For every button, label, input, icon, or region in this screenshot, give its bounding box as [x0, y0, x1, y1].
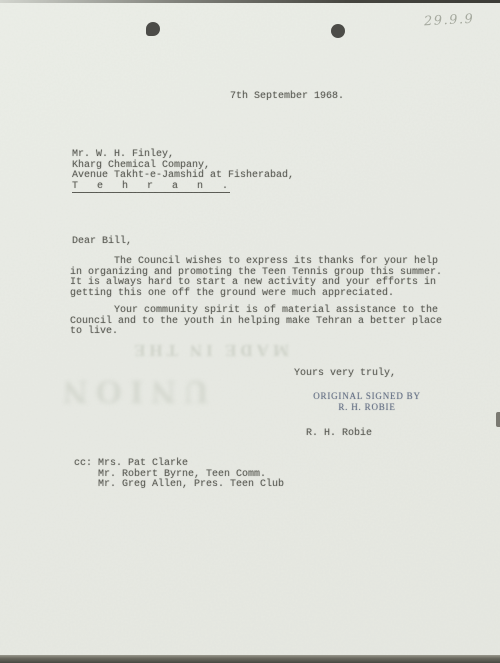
body-line: getting this one off the ground were muc… [70, 289, 442, 300]
scan-edge-bottom [0, 655, 500, 663]
handwritten-filing-note: 29.9.9 [423, 12, 474, 30]
cc-entry: Mr. Greg Allen, Pres. Teen Club [74, 480, 284, 491]
body-line: The Council wishes to express its thanks… [70, 257, 442, 268]
stamp-line-2: R. H. ROBIE [300, 402, 434, 413]
cc-entry: cc: Mrs. Pat Clarke [74, 459, 284, 470]
salutation: Dear Bill, [72, 237, 132, 248]
punch-hole-right [331, 24, 345, 38]
original-signed-stamp: ORIGINAL SIGNED BY R. H. ROBIE [300, 391, 434, 413]
letter-page: MADE IN THE UNION 29.9.9 7th September 1… [0, 0, 500, 663]
scan-edge-top [0, 0, 500, 3]
body-line: Council and to the youth in helping make… [70, 317, 442, 328]
scan-edge-mark [496, 412, 500, 427]
body-line: Your community spirit is of material ass… [70, 306, 442, 317]
closing-line: Yours very truly, [294, 369, 396, 380]
bleedthrough-text: MADE IN THE [130, 340, 289, 360]
signature-name: R. H. Robie [306, 429, 372, 440]
recipient-name: Mr. W. H. Finley, [72, 150, 294, 161]
letter-date: 7th September 1968. [230, 92, 344, 103]
body-paragraph-2: Your community spirit is of material ass… [70, 306, 442, 338]
bleedthrough-text: UNION [55, 372, 208, 410]
recipient-city: T e h r a n . [72, 182, 294, 194]
punch-hole-left [146, 22, 160, 36]
recipient-address: Mr. W. H. Finley, Kharg Chemical Company… [72, 150, 294, 193]
body-paragraph-1: The Council wishes to express its thanks… [70, 257, 442, 299]
cc-list: cc: Mrs. Pat Clarke Mr. Robert Byrne, Te… [74, 459, 284, 491]
stamp-line-1: ORIGINAL SIGNED BY [300, 391, 434, 402]
body-line: to live. [70, 327, 442, 338]
